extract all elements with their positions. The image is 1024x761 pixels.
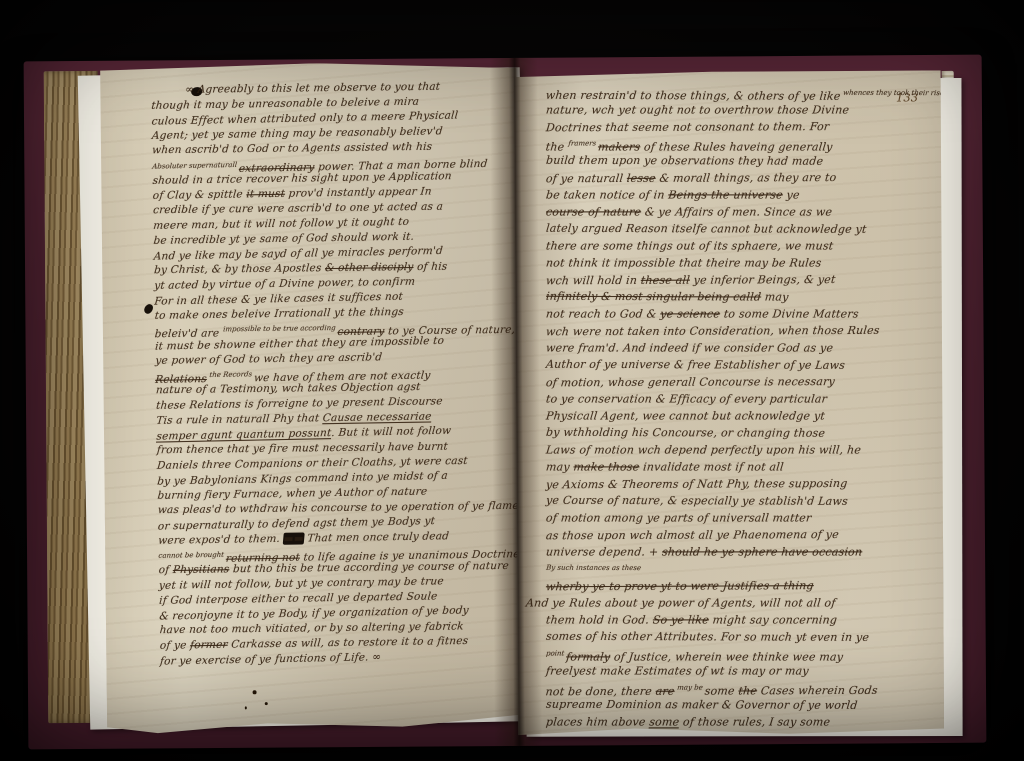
manuscript-line: course of nature & ye Affairs of men. Si… [545, 203, 937, 220]
manuscript-line: them hold in God. So ye like might say c… [545, 611, 937, 628]
handwriting-left: ∞ Agreeably to this let me observe to yo… [97, 60, 528, 670]
manuscript-line: when restrain'd to those things, & other… [545, 84, 936, 102]
manuscript-line: nature, wch yet ought not to overthrow t… [545, 101, 937, 118]
manuscript-line: places him above some of those rules, I … [545, 713, 937, 730]
manuscript-book: ∞ Agreeably to this let me observe to yo… [24, 55, 987, 750]
manuscript-line: Laws of motion wch depend perfectly upon… [545, 441, 937, 458]
manuscript-page-right: 133 when restrain'd to those things, & o… [514, 70, 944, 736]
manuscript-line: universe depend. + should he ye sphere h… [545, 543, 937, 560]
manuscript-line: And ye Rules about ye power of Agents, w… [525, 594, 937, 611]
manuscript-line: ye Axioms & Theorems of Natt Phy, these … [545, 475, 937, 494]
manuscript-line: by wthholding his Concourse, or changing… [545, 424, 936, 442]
manuscript-line: infinitely & most singular being calld m… [545, 288, 936, 306]
manuscript-line: By such instances as these [545, 560, 936, 578]
ink-speck [253, 690, 257, 694]
handwriting-right: when restrain'd to those things, & other… [514, 70, 944, 730]
manuscript-line: point formaly of Justice, wherein wee th… [545, 645, 937, 662]
ink-speck [265, 702, 268, 705]
manuscript-line: the framers makers of these Rules havein… [545, 135, 937, 152]
manuscript-line: as those upon wch almost all ye Phaenome… [545, 526, 937, 545]
manuscript-line: of ye naturall lesse & morall things, as… [545, 169, 937, 188]
manuscript-line: Physicall Agent, wee cannot but acknowle… [545, 407, 937, 424]
manuscript-page-left: ∞ Agreeably to this let me observe to yo… [97, 60, 529, 737]
manuscript-line: somes of his other Attributes. For so mu… [545, 628, 936, 646]
manuscript-line: may make those invalidate most if not al… [545, 458, 937, 475]
manuscript-line: Doctrines that seeme not consonant to th… [545, 118, 937, 137]
manuscript-line: lately argued Reason itselfe cannot but … [545, 220, 936, 238]
manuscript-line: not reach to God & ye science to some Di… [545, 305, 937, 322]
manuscript-line: ye Course of nature, & especially ye sta… [545, 492, 936, 510]
manuscript-line: wherby ye to prove yt to were Justifies … [545, 577, 937, 596]
manuscript-line: not be done, there are may be some the C… [545, 679, 937, 698]
manuscript-line: build them upon ye observations they had… [545, 152, 936, 170]
manuscript-line: wch will hold in these all ye inferior B… [545, 271, 937, 290]
manuscript-line: of motion, whose generall Concourse is n… [545, 373, 937, 392]
manuscript-line: freelyest make Estimates of wt is may or… [545, 662, 937, 679]
ink-speck [245, 706, 247, 709]
manuscript-line: were fram'd. And indeed if we consider G… [545, 339, 937, 356]
photo-backdrop: ∞ Agreeably to this let me observe to yo… [0, 0, 1024, 761]
manuscript-line: there are some things out of its sphaere… [545, 237, 937, 254]
manuscript-line: wch were not taken into Consideration, w… [545, 322, 937, 341]
manuscript-line: of motion among ye parts of universall m… [545, 509, 937, 526]
manuscript-line: Author of ye universe & free Establisher… [545, 356, 936, 374]
manuscript-line: be taken notice of in Beings the univers… [545, 186, 937, 203]
manuscript-line: not think it impossible that theire may … [545, 254, 937, 271]
manuscript-line: supreame Dominion as maker & Governor of… [545, 696, 936, 714]
manuscript-line: to ye conservation & Efficacy of every p… [545, 390, 937, 407]
